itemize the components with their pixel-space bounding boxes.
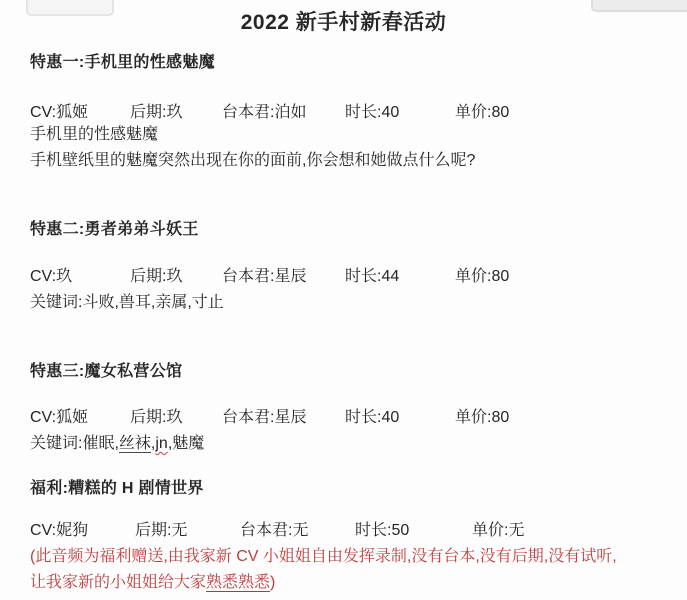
section1-heading: 特惠一:手机里的性感魅魔	[30, 49, 215, 72]
postprod-field: 后期:玖	[130, 99, 182, 122]
duration-field: 时长:50	[355, 517, 409, 540]
section1-info-row: CV:狐姬 后期:玖 台本君:泊如 时长:40 单价:80	[0, 99, 687, 119]
price-field: 单价:80	[455, 263, 509, 286]
postprod-field: 后期:玖	[130, 263, 182, 286]
duration-field: 时长:40	[345, 404, 399, 427]
price-field: 单价:80	[455, 99, 509, 122]
price-field: 单价:无	[472, 517, 524, 540]
section1-subtitle: 手机里的性感魅魔	[30, 121, 158, 144]
section2-heading: 特惠二:勇者弟弟斗妖王	[30, 216, 199, 239]
scriptwriter-field: 台本君:星辰	[222, 404, 306, 427]
keyword-spellcheck: jn	[155, 435, 167, 452]
cv-field: CV:狐姬	[30, 99, 88, 122]
page-title: 2022 新手村新春活动	[0, 6, 687, 36]
scriptwriter-field: 台本君:无	[240, 517, 308, 540]
keyword-underlined: 丝袜	[119, 435, 151, 453]
note-text-underlined: 熟悉熟悉	[206, 574, 270, 592]
bonus-note-line1: (此音频为福利赠送,由我家新 CV 小姐姐自由发挥录制,没有台本,没有后期,没有…	[30, 543, 617, 566]
document-page: 2022 新手村新春活动 特惠一:手机里的性感魅魔 CV:狐姬 后期:玖 台本君…	[0, 0, 687, 600]
section4-info-row: CV:妮狗 后期:无 台本君:无 时长:50 单价:无	[0, 517, 687, 537]
postprod-field: 后期:玖	[130, 404, 182, 427]
price-field: 单价:80	[455, 404, 509, 427]
bonus-note-line2: 让我家新的小姐姐给大家熟悉熟悉)	[30, 569, 275, 592]
cv-field: CV:妮狗	[30, 517, 88, 540]
section3-heading: 特惠三:魔女私营公馆	[30, 358, 182, 381]
scriptwriter-field: 台本君:泊如	[222, 99, 306, 122]
postprod-field: 后期:无	[135, 517, 187, 540]
note-close-paren: )	[270, 574, 275, 591]
section3-keywords: 关键词:催眠,丝袜,jn,魅魔	[30, 430, 204, 453]
cv-field: CV:狐姬	[30, 404, 88, 427]
section3-info-row: CV:狐姬 后期:玖 台本君:星辰 时长:40 单价:80	[0, 404, 687, 424]
cv-field: CV:玖	[30, 263, 72, 286]
section2-info-row: CV:玖 后期:玖 台本君:星辰 时长:44 单价:80	[0, 263, 687, 283]
keywords-prefix: 关键词:催眠,	[30, 435, 119, 452]
duration-field: 时长:44	[345, 263, 399, 286]
section1-description: 手机壁纸里的魅魔突然出现在你的面前,你会想和她做点什么呢?	[30, 147, 475, 170]
keywords-suffix: ,魅魔	[168, 435, 204, 452]
scriptwriter-field: 台本君:星辰	[222, 263, 306, 286]
section2-keywords: 关键词:斗败,兽耳,亲属,寸止	[30, 289, 224, 312]
duration-field: 时长:40	[345, 99, 399, 122]
section4-heading: 福利:糟糕的 H 剧情世界	[30, 475, 204, 498]
note-text: 让我家新的小姐姐给大家	[30, 574, 206, 591]
